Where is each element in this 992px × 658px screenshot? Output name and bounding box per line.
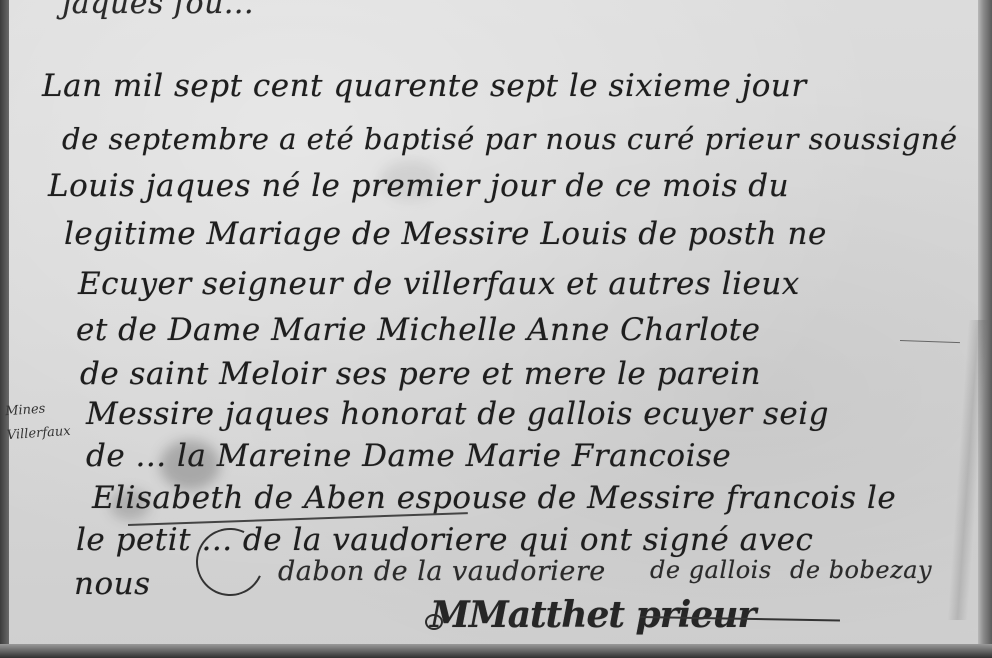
signature-dabon: dabon de la vaudoriere [278, 556, 606, 587]
margin-rule [900, 340, 960, 343]
entry-line-5: Ecuyer seigneur de villerfaux et autres … [78, 266, 800, 302]
entry-line-2: de septembre a eté baptisé par nous curé… [62, 122, 958, 156]
previous-entry-fragment: jaques fou... [62, 0, 254, 21]
register-page: jaques fou... Mines Villerfaux Lan mil s… [0, 0, 992, 658]
signature-bobezay: de bobezay [790, 556, 932, 584]
entry-line-4: legitime Mariage de Messire Louis de pos… [64, 216, 827, 252]
page-left-edge [0, 0, 9, 658]
page-bottom-edge [0, 644, 992, 658]
entry-line-3: Louis jaques né le premier jour de ce mo… [48, 168, 789, 204]
flourish-circle [425, 614, 443, 630]
margin-note: Mines Villerfaux [4, 396, 71, 448]
entry-line-6: et de Dame Marie Michelle Anne Charlote [76, 312, 761, 348]
entry-line-11: le petit ... de la vaudoriere qui ont si… [76, 522, 813, 558]
entry-line-7: de saint Meloir ses pere et mere le pare… [80, 356, 761, 392]
entry-line-1: Lan mil sept cent quarente sept le sixie… [42, 68, 807, 104]
entry-line-10: Elisabeth de Aben espouse de Messire fra… [92, 480, 896, 516]
margin-note-line: Villerfaux [6, 420, 71, 448]
entry-line-9: de ... la Mareine Dame Marie Francoise [86, 438, 731, 474]
entry-line-8: Messire jaques honorat de gallois ecuyer… [86, 396, 829, 432]
signature-gallois: de gallois [650, 556, 772, 584]
signature-priest: MMatthet prieur [430, 594, 755, 636]
entry-line-12: nous [74, 566, 151, 602]
